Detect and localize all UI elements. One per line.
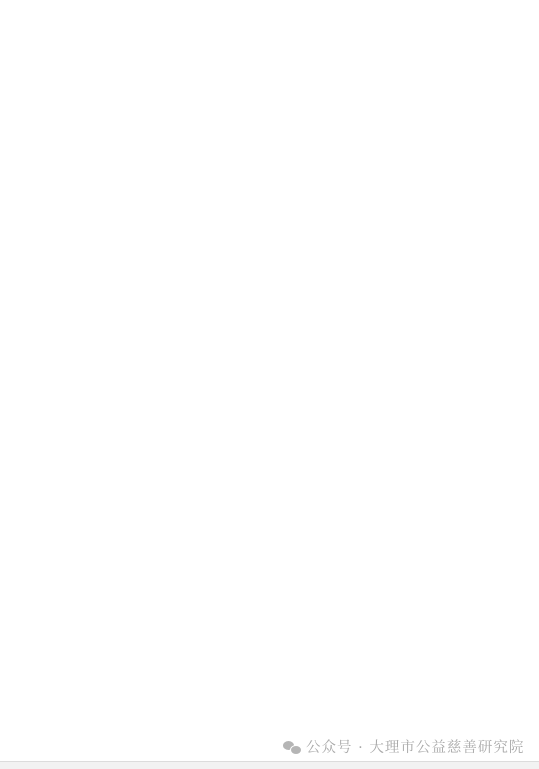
watermark-text: 公众号 · 大理市公益慈善研究院 [306, 736, 524, 757]
bottom-divider [0, 761, 539, 769]
document-page [0, 0, 539, 769]
wechat-watermark: 公众号 · 大理市公益慈善研究院 [283, 736, 524, 757]
wechat-icon [283, 740, 301, 754]
